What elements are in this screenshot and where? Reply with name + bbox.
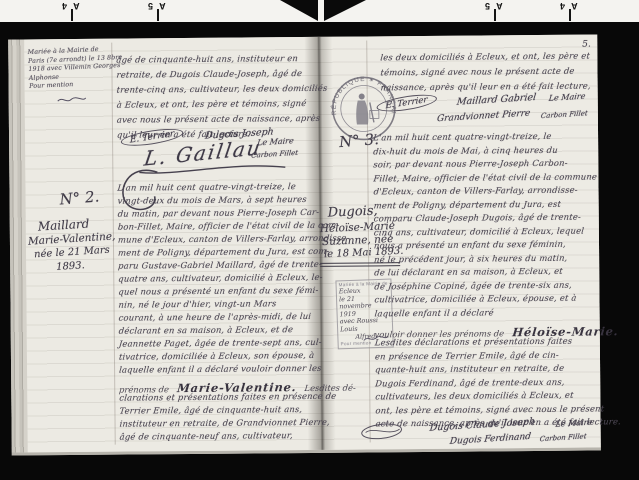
act2-body-text: L'an mil huit cent quatre-vingt-treize, … — [117, 180, 350, 377]
film-frame-marker: A 5 — [483, 1, 503, 11]
frame-separator-arrow-left — [280, 0, 318, 21]
handwritten-line: comparu Claude-Joseph Dugois, âgé de tre… — [373, 210, 598, 225]
handwritten-line: Lesdites déclarations et présentations f… — [374, 334, 621, 350]
film-frame-tick — [157, 9, 159, 21]
act3-body-text-end: Lesdites déclarations et présentations f… — [375, 334, 621, 431]
marriage-mention-note: Mariée à la Mairie deParis (7e arrondt) … — [28, 45, 124, 92]
handwritten-line: âgé de cinquante-neuf ans, cultivateur, — [119, 429, 337, 444]
handwritten-line: L'an mil huit cent quatre-vingt-treize, … — [372, 129, 597, 144]
handwritten-line: soir, par devant nous Pierre-Joseph Carb… — [373, 156, 598, 171]
handwritten-line: cultivatrice, domiciliée à Ecleux, épous… — [374, 291, 599, 306]
film-frame-marker: A 4 — [60, 1, 80, 11]
handwritten-line: de lui déclarant en sa maison, à Ecleux,… — [374, 264, 599, 279]
microfilm-scan-photo: A 4 A 5 A 5 A 4 Mariée à la Mairie dePar… — [0, 0, 639, 480]
margin-birth-year: 1893. — [56, 260, 85, 273]
film-frame-tick — [494, 9, 496, 21]
film-frame-tick — [569, 9, 571, 21]
handwritten-line: laquelle enfant il a déclaré — [374, 305, 599, 320]
handwritten-line: quante-huit ans, instituteur en retraite… — [374, 361, 621, 377]
microfilm-strip: A 4 A 5 A 5 A 4 — [0, 0, 639, 22]
handwritten-line: cultivateurs, les deux domiciliés à Ecle… — [375, 388, 622, 404]
frame-separator-arrow-right — [324, 0, 366, 21]
handwritten-line: nous a présenté un enfant du sexe fémini… — [373, 237, 598, 252]
margin-child-surname: Dugois, — [327, 203, 378, 220]
film-frame-marker: A 5 — [146, 1, 166, 11]
act2-body-text-end: clarations et présentations faites en pr… — [119, 390, 336, 444]
handwritten-line: d'Ecleux, canton de Villers-Farlay, arro… — [373, 183, 598, 198]
act3-body-text: L'an mil huit cent quatre-vingt-treize, … — [373, 129, 598, 320]
handwritten-line: laquelle enfant il a déclaré vouloir don… — [118, 362, 351, 377]
register-spread: Mariée à la Mairie deParis (7e arrondt) … — [8, 34, 601, 455]
film-frame-marker: A 4 — [558, 1, 578, 11]
signature-paraph-flourish — [360, 422, 404, 440]
signature-flourish — [57, 95, 87, 105]
act2-end-text: les deux domiciliés à Ecleux, et ont, le… — [380, 48, 591, 95]
film-frame-tick — [71, 9, 73, 21]
act-number-label: N° 2. — [59, 187, 100, 208]
